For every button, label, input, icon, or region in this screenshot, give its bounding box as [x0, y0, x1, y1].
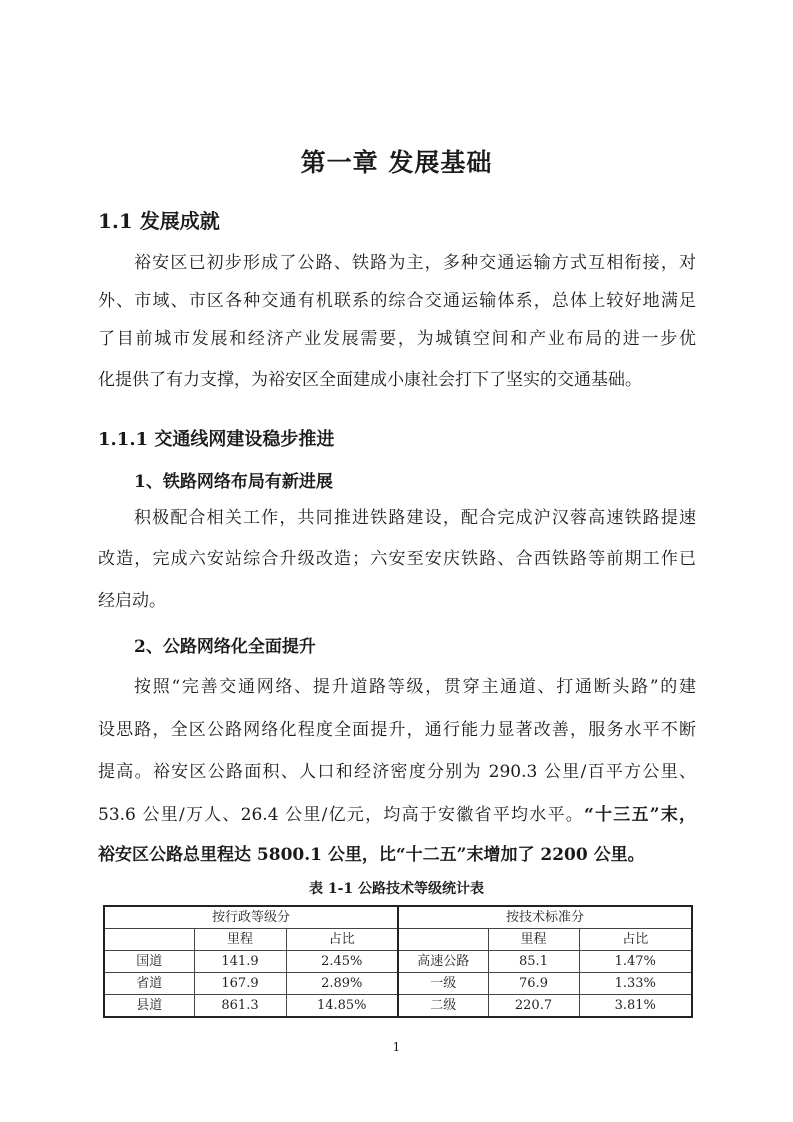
column-header: 占比 [286, 929, 398, 951]
column-header [104, 929, 194, 951]
highway-grade-table: 按行政等级分 按技术标准分 里程 占比 里程 占比 国道 141.9 2.45%… [103, 905, 693, 1018]
paragraph-line: 提高。裕安区公路面积、人口和经济密度分别为 290.3 公里/百平方公里、 [98, 761, 696, 783]
paragraph-line: 经启动。 [98, 590, 696, 612]
column-header [398, 929, 488, 951]
group-header-tech: 按技术标准分 [398, 906, 692, 929]
table-sub-header-row: 里程 占比 里程 占比 [104, 929, 692, 951]
table-caption: 表 1-1 公路技术等级统计表 [0, 878, 793, 898]
item-heading-railway: 1、铁路网络布局有新进展 [134, 467, 333, 492]
table-cell: 220.7 [488, 995, 579, 1018]
paragraph-line: 外、市域、市区各种交通有机联系的综合交通运输体系，总体上较好地满足 [98, 290, 696, 312]
section-heading: 1.1 发展成就 [98, 205, 220, 234]
table-row: 省道 167.9 2.89% 一级 76.9 1.33% [104, 973, 692, 995]
table-cell: 二级 [398, 995, 488, 1018]
subsection-heading: 1.1.1 交通线网建设稳步推进 [98, 425, 334, 451]
table-cell: 167.9 [194, 973, 286, 995]
column-header: 里程 [488, 929, 579, 951]
table-cell: 76.9 [488, 973, 579, 995]
table-cell: 国道 [104, 951, 194, 973]
chapter-title: 第一章 发展基础 [0, 143, 793, 179]
table-cell: 141.9 [194, 951, 286, 973]
paragraph-line: 设思路，全区公路网络化程度全面提升，通行能力显著改善，服务水平不断 [98, 719, 696, 741]
emphasis-line: 裕安区公路总里程达 5800.1 公里，比“十二五”末增加了 2200 公里。 [98, 844, 696, 866]
table-cell: 县道 [104, 995, 194, 1018]
table-cell: 2.89% [286, 973, 398, 995]
table-cell: 14.85% [286, 995, 398, 1018]
table-group-header-row: 按行政等级分 按技术标准分 [104, 906, 692, 929]
table-cell: 861.3 [194, 995, 286, 1018]
item-heading-highway: 2、公路网络化全面提升 [134, 632, 316, 657]
paragraph-line: 了目前城市发展和经济产业发展需要，为城镇空间和产业布局的进一步优 [98, 328, 696, 350]
table-cell: 3.81% [579, 995, 692, 1018]
group-header-admin: 按行政等级分 [104, 906, 398, 929]
paragraph-line: 按照“完善交通网络、提升道路等级，贯穿主通道、打通断头路”的建 [134, 676, 696, 698]
page-number: 1 [0, 1040, 793, 1054]
table-cell: 85.1 [488, 951, 579, 973]
paragraph-line: 积极配合相关工作，共同推进铁路建设，配合完成沪汉蓉高速铁路提速 [134, 507, 696, 529]
paragraph-line: 53.6 公里/万人、26.4 公里/亿元，均高于安徽省平均水平。“十三五”末， [98, 804, 696, 826]
table-cell: 1.33% [579, 973, 692, 995]
column-header: 占比 [579, 929, 692, 951]
table-cell: 1.47% [579, 951, 692, 973]
paragraph-text: 53.6 公里/万人、26.4 公里/亿元，均高于安徽省平均水平。 [98, 805, 584, 825]
paragraph-line: 裕安区已初步形成了公路、铁路为主，多种交通运输方式互相衔接，对 [134, 252, 696, 274]
emphasis-text: “十三五”末， [584, 805, 696, 825]
paragraph-line: 改造，完成六安站综合升级改造；六安至安庆铁路、合西铁路等前期工作已 [98, 548, 696, 570]
table-cell: 省道 [104, 973, 194, 995]
table-cell: 2.45% [286, 951, 398, 973]
table-row: 县道 861.3 14.85% 二级 220.7 3.81% [104, 995, 692, 1018]
column-header: 里程 [194, 929, 286, 951]
table-row: 国道 141.9 2.45% 高速公路 85.1 1.47% [104, 951, 692, 973]
paragraph-line: 化提供了有力支撑，为裕安区全面建成小康社会打下了坚实的交通基础。 [98, 369, 696, 391]
table-cell: 高速公路 [398, 951, 488, 973]
table-cell: 一级 [398, 973, 488, 995]
